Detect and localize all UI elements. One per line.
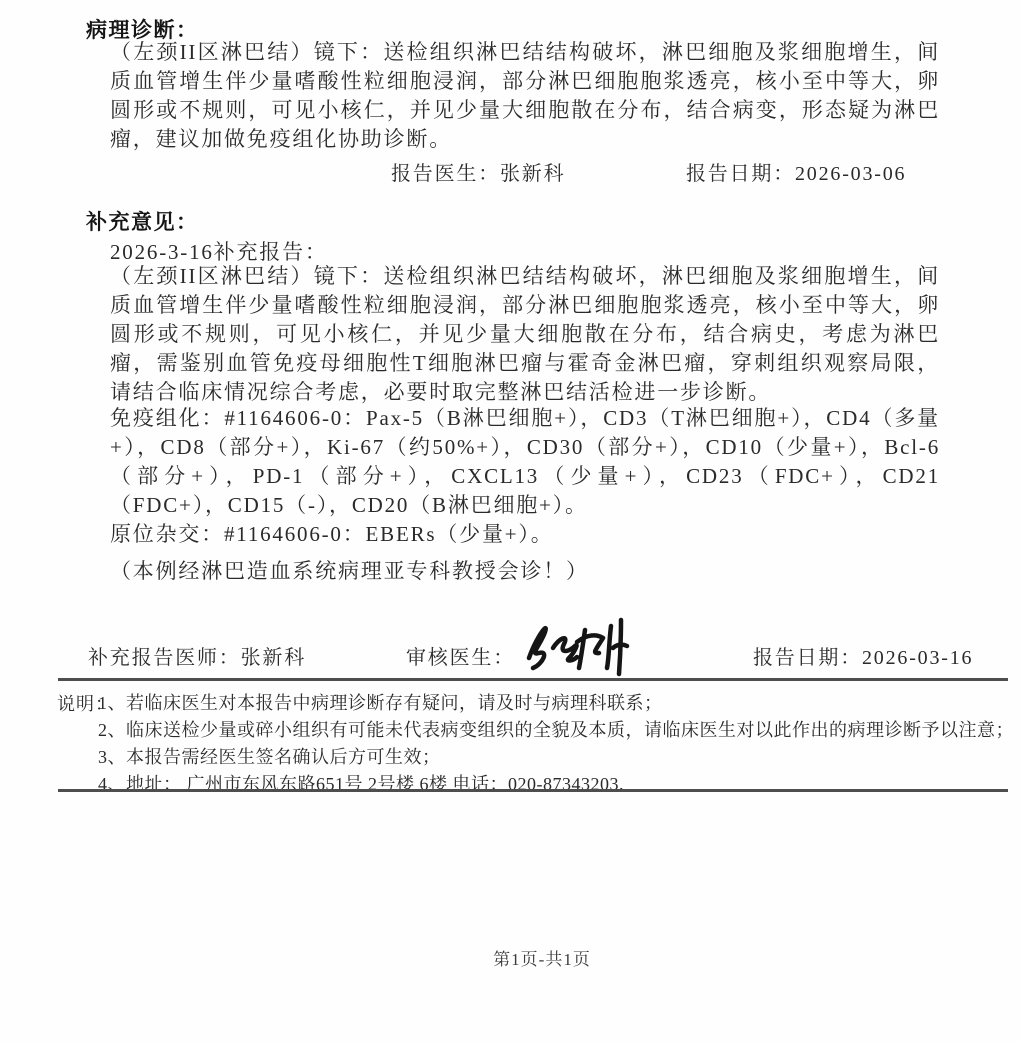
report-doctor-name: 张新科 bbox=[500, 163, 565, 185]
diagnosis-body: （左颈II区淋巴结）镜下：送检组织淋巴结结构破坏，淋巴细胞及浆细胞增生，间质血管… bbox=[110, 38, 940, 154]
review-doctor-label: 审核医生： bbox=[406, 641, 515, 670]
report-doctor-label: 报告医生： bbox=[391, 163, 500, 185]
supp-doctor-name: 张新科 bbox=[241, 647, 306, 669]
pathology-report-page: 病理诊断： （左颈II区淋巴结）镜下：送检组织淋巴结结构破坏，淋巴细胞及浆细胞增… bbox=[0, 0, 1020, 1042]
consult-note: （本例经淋巴造血系统病理亚专科教授会诊！） bbox=[110, 555, 589, 585]
signature-stroke bbox=[529, 628, 546, 668]
supp-date-label: 报告日期： bbox=[753, 647, 862, 669]
note-item: 3、本报告需经医生签名确认后方可生效； bbox=[98, 744, 1018, 771]
note-item: 1、若临床医生对本报告中病理诊断存有疑问，请及时与病理科联系； bbox=[98, 690, 1018, 717]
divider-top bbox=[58, 678, 1008, 681]
signature-stroke bbox=[607, 620, 627, 674]
supp-doctor-label: 补充报告医师： bbox=[88, 647, 241, 669]
divider-bottom bbox=[58, 789, 1008, 792]
note-item: 2、临床送检少量或碎小组织有可能未代表病变组织的全貌及本质，请临床医生对以此作出… bbox=[98, 717, 1018, 744]
note-item: 4、地址： 广州市东风东路651号 2号楼 6楼 电话：020-87343203… bbox=[98, 771, 1018, 798]
supp-date-value: 2026-03-16 bbox=[862, 647, 973, 669]
report-date-label: 报告日期： bbox=[686, 163, 795, 185]
ish-result: 原位杂交：#1164606-0：EBERs（少量+）。 bbox=[110, 520, 940, 549]
report-date-line: 报告日期：2026-03-06 bbox=[686, 157, 906, 186]
supplement-heading: 补充意见： bbox=[86, 206, 199, 236]
signature-stroke bbox=[577, 630, 603, 668]
supplement-body: （左颈II区淋巴结）镜下：送检组织淋巴结结构破坏，淋巴细胞及浆细胞增生，间质血管… bbox=[110, 262, 940, 407]
ihc-result: 免疫组化：#1164606-0：Pax-5（B淋巴细胞+），CD3（T淋巴细胞+… bbox=[110, 404, 940, 520]
supp-date-line: 报告日期：2026-03-16 bbox=[753, 641, 973, 670]
notes-list: 1、若临床医生对本报告中病理诊断存有疑问，请及时与病理科联系； 2、临床送检少量… bbox=[98, 690, 1018, 798]
signature-stroke bbox=[553, 638, 577, 660]
report-doctor-line: 报告医生：张新科 bbox=[391, 157, 565, 186]
supp-doctor-line: 补充报告医师：张新科 bbox=[88, 641, 306, 670]
report-date-value: 2026-03-06 bbox=[795, 163, 906, 185]
page-indicator: 第1页-共1页 bbox=[0, 945, 1020, 970]
reviewer-signature bbox=[518, 608, 640, 678]
